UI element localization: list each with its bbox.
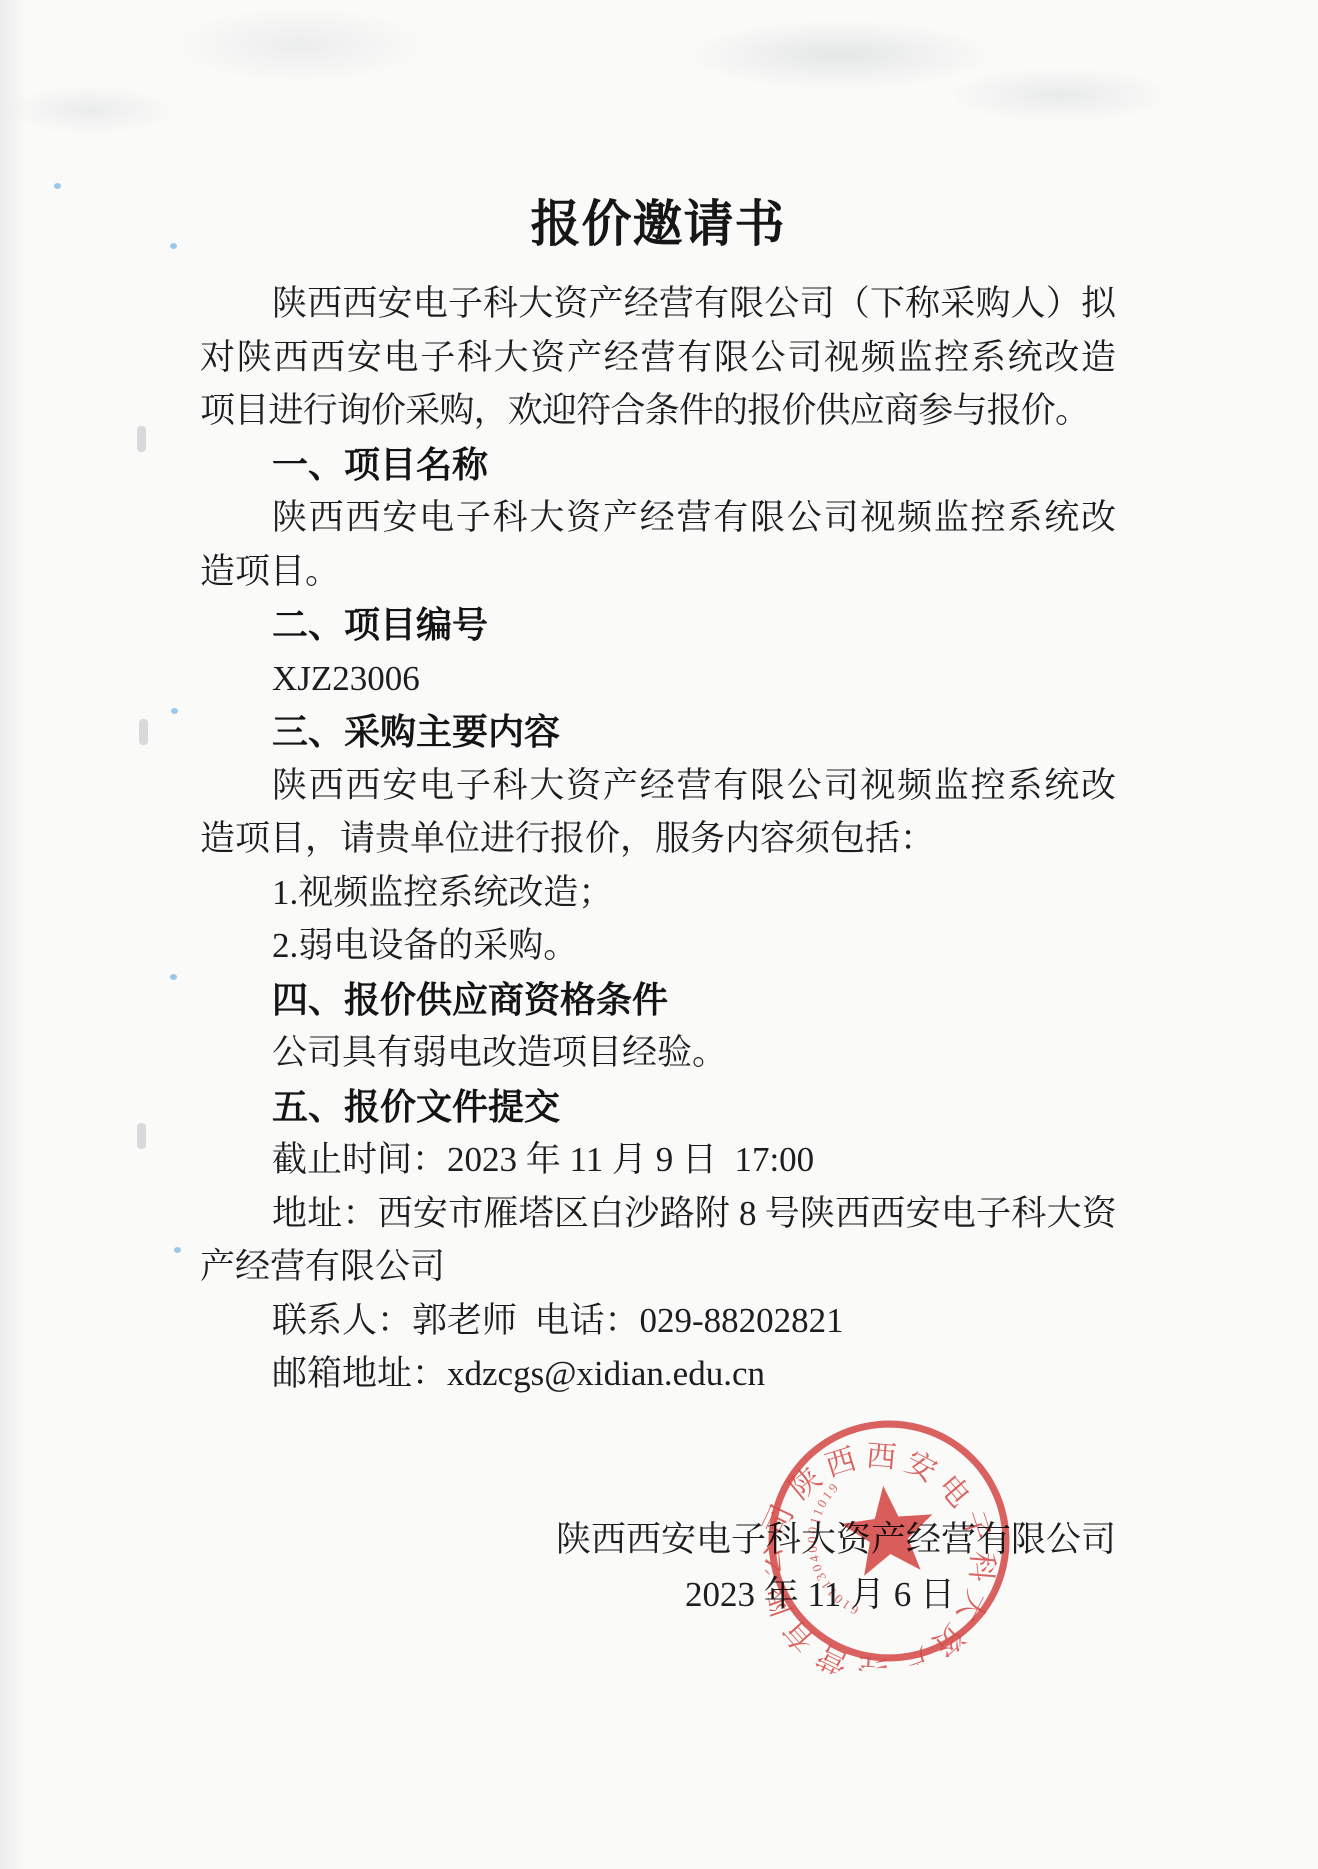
section-heading: 四、报价供应商资格条件 xyxy=(200,973,1116,1027)
scan-smudge xyxy=(139,719,148,745)
text-line: 陕西西安电子科大资产经营有限公司（下称采购人）拟 xyxy=(200,277,1116,331)
company-seal-stamp: 陕西西安电子科大资产经营有限公司 6101130400011019 xyxy=(751,1403,1028,1680)
document-title: 报价邀请书 xyxy=(200,192,1116,256)
scan-edge-shade xyxy=(0,0,26,1869)
seal-star-icon xyxy=(837,1481,938,1578)
scan-smudge xyxy=(137,1123,146,1149)
text-lines: 陕西西安电子科大资产经营有限公司（下称采购人）拟对陕西西安电子科大资产经营有限公… xyxy=(200,277,1116,1401)
text-line: 陕西西安电子科大资产经营有限公司视频监控系统改 xyxy=(200,759,1116,813)
text-line: 2.弱电设备的采购。 xyxy=(200,919,1116,973)
scan-speck xyxy=(174,1247,181,1253)
text-line: 邮箱地址：xdzcgs@xidian.edu.cn xyxy=(200,1347,1116,1401)
text-line: XJZ23006 xyxy=(200,652,1116,706)
scan-noise-overlay xyxy=(0,0,1318,170)
text-line: 造项目。 xyxy=(200,545,1116,599)
text-line: 地址：西安市雁塔区白沙路附 8 号陕西西安电子科大资 xyxy=(200,1187,1116,1241)
scan-speck xyxy=(54,183,61,189)
scanned-document-page: 报价邀请书 陕西西安电子科大资产经营有限公司（下称采购人）拟对陕西西安电子科大资… xyxy=(0,0,1318,1869)
text-line: 1.视频监控系统改造； xyxy=(200,866,1116,920)
text-line: 造项目，请贵单位进行报价，服务内容须包括： xyxy=(200,812,1116,866)
scan-speck xyxy=(170,243,177,249)
scan-smudge xyxy=(137,426,146,452)
text-line: 公司具有弱电改造项目经验。 xyxy=(200,1026,1116,1080)
section-heading: 一、项目名称 xyxy=(200,438,1116,492)
text-line: 联系人：郭老师 电话：029-88202821 xyxy=(200,1294,1116,1348)
text-line: 产经营有限公司 xyxy=(200,1240,1116,1294)
text-line: 陕西西安电子科大资产经营有限公司视频监控系统改 xyxy=(200,491,1116,545)
text-line: 对陕西西安电子科大资产经营有限公司视频监控系统改造 xyxy=(200,331,1116,385)
text-line: 项目进行询价采购，欢迎符合条件的报价供应商参与报价。 xyxy=(200,384,1116,438)
scan-speck xyxy=(170,974,177,980)
text-line: 截止时间：2023 年 11 月 9 日 17:00 xyxy=(200,1133,1116,1187)
section-heading: 二、项目编号 xyxy=(200,598,1116,652)
section-heading: 五、报价文件提交 xyxy=(200,1080,1116,1134)
scan-speck xyxy=(171,708,178,714)
section-heading: 三、采购主要内容 xyxy=(200,705,1116,759)
